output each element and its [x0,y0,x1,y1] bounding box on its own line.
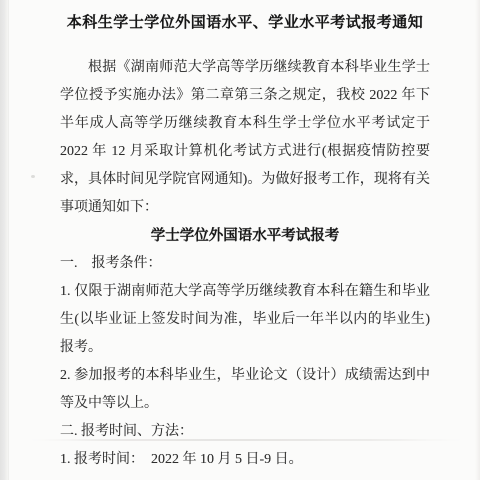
scanned-document-page: 本科生学士学位外国语水平、学业水平考试报考通知 根据《湖南师范大学高等学历继续教… [0,0,480,480]
conditions-label: 一. 报考条件： [60,250,430,278]
document-content: 本科生学士学位外国语水平、学业水平考试报考通知 根据《湖南师范大学高等学历继续教… [60,8,430,474]
bottom-crease-line [28,439,466,441]
condition-item-1: 1. 仅限于湖南师范大学高等学历继续教育本科在籍生和毕业生(以毕业证上签发时间为… [60,278,430,362]
document-title: 本科生学士学位外国语水平、学业水平考试报考通知 [60,8,430,38]
schedule-item-1: 1. 报考时间： 2022 年 10 月 5 日-9 日。 [60,446,430,474]
condition-item-2: 2. 参加报考的本科毕业生，毕业论文（设计）成绩需达到中等及中等以上。 [60,362,430,418]
schedule-label: 二. 报考时间、方法： [60,418,430,446]
section-heading: 学士学位外国语水平考试报考 [60,222,430,250]
page-right-edge-shadow [475,0,480,480]
page-left-edge-shadow [0,0,9,480]
intro-paragraph: 根据《湖南师范大学高等学历继续教育本科毕业生学士学位授予实施办法》第二章第三条之… [60,54,430,222]
paper-speck [31,175,35,178]
